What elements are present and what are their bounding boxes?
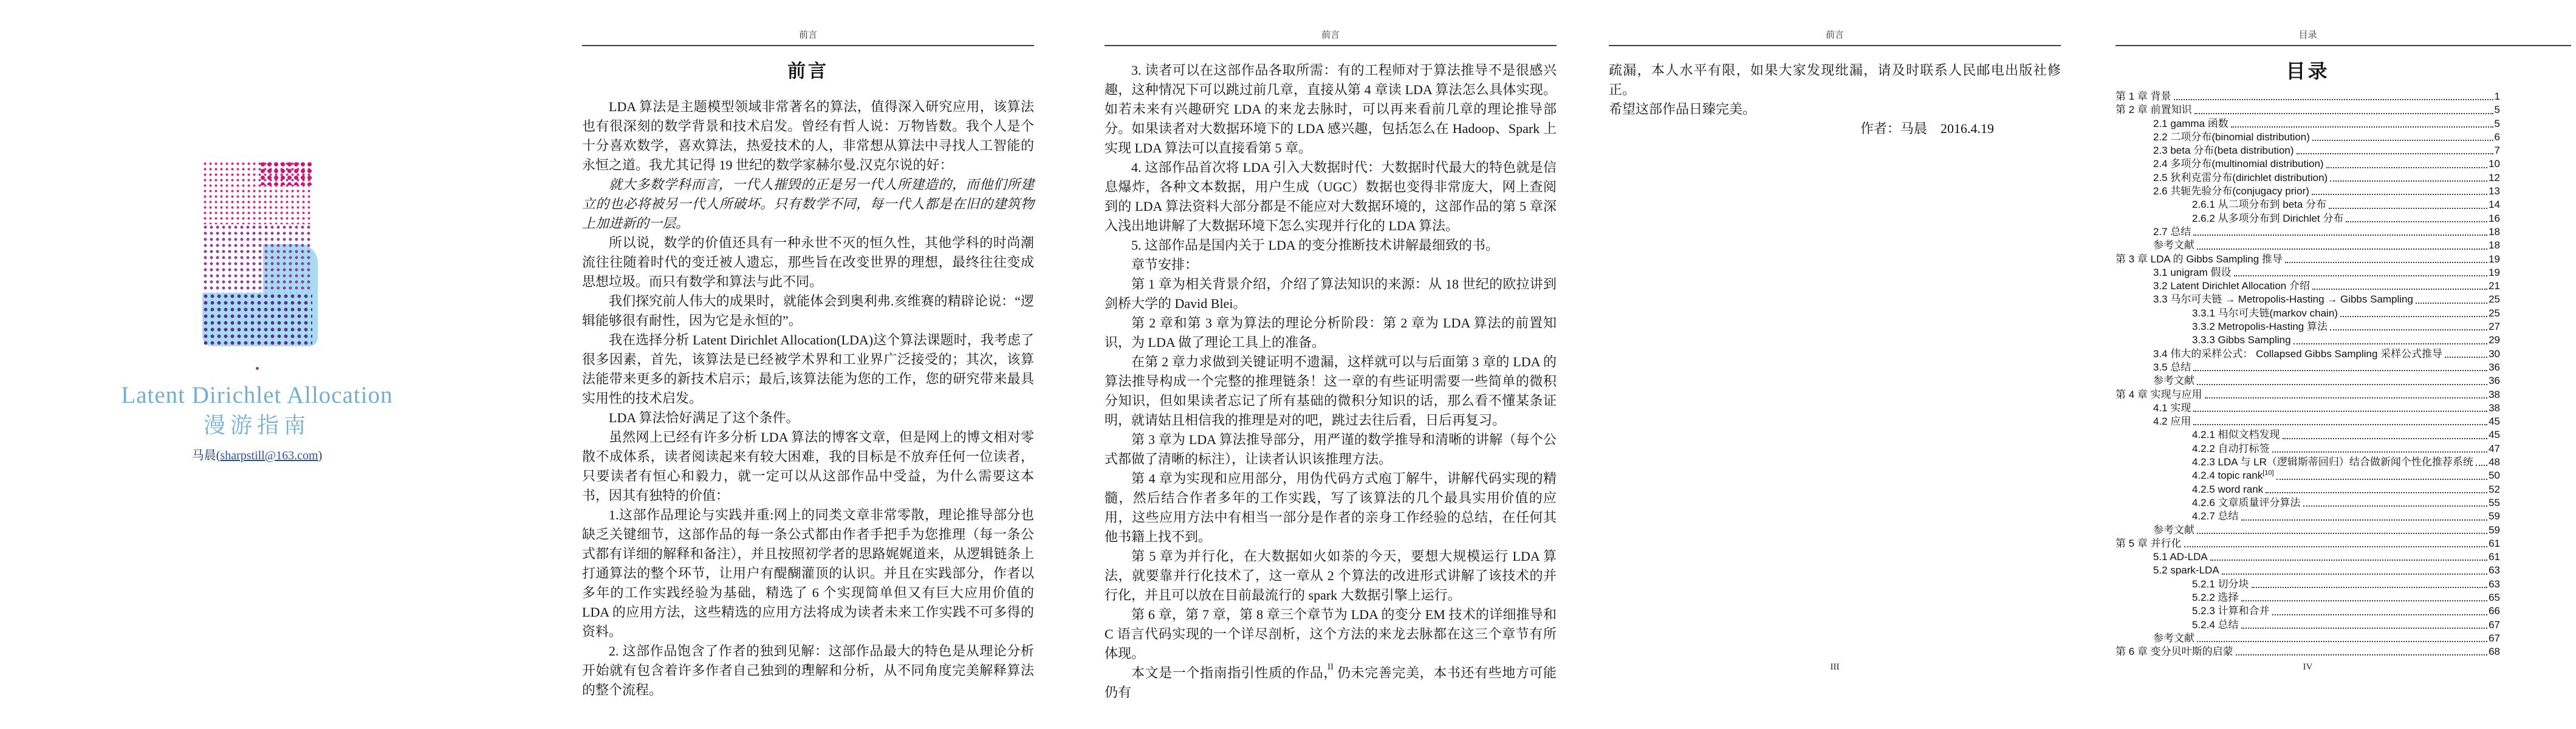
page-number: II: [1105, 662, 1557, 673]
preface-page-1: 前言 前言 LDA 算法是主题模型领域非常著名的算法，值得深入研究应用，该算法也…: [582, 0, 1034, 729]
toc-entry-label: 3.2 Latent Dirichlet Allocation 介绍: [2153, 279, 2310, 293]
toc-entry-label: 第 1 章 背景: [2115, 90, 2171, 103]
toc-entry[interactable]: 4.1 实现38: [2115, 402, 2500, 415]
toc-dot-leader: [2193, 411, 2487, 412]
toc-entry[interactable]: 5.2.2 选择65: [2115, 591, 2500, 604]
toc-entry-label: 参考文献: [2153, 239, 2194, 252]
toc-dot-leader: [2329, 208, 2487, 209]
toc-dot-leader: [2193, 370, 2487, 371]
paragraph: 就大多数学科而言，一代人摧毁的正是另一代人所建造的，而他们所建立的也必将被另一代…: [582, 175, 1034, 233]
toc-dot-leader: [2272, 451, 2488, 453]
toc-entry[interactable]: 第 2 章 前置知识5: [2115, 103, 2500, 117]
toc-entry-label: 4.2.2 自动打标签: [2192, 442, 2270, 456]
toc-entry-label: 3.3 马尔可夫链 → Metropolis-Hasting → Gibbs S…: [2153, 293, 2413, 306]
toc-entry-page: 50: [2489, 469, 2500, 482]
toc-entry[interactable]: 3.3.1 马尔可夫链(markov chain)25: [2115, 307, 2500, 320]
toc-entry-label: 2.5 狄利克雷分布(dirichlet distribution): [2153, 171, 2328, 185]
toc-dot-leader: [2476, 465, 2487, 466]
toc-dot-leader: [2330, 329, 2487, 330]
toc-dot-leader: [2445, 357, 2487, 358]
paragraph: 疏漏，本人水平有限，如果大家发现纰漏，请及时联系人民邮电出版社修正。: [1609, 61, 2061, 100]
page-body: 3. 读者可以在这部作品各取所需：有的工程师对于算法推导不是很感兴趣，这种情况下…: [1105, 61, 1557, 702]
toc-entry-page: 61: [2489, 550, 2500, 564]
toc-entry-page: 38: [2489, 402, 2500, 415]
toc-entry-page: 27: [2489, 320, 2500, 334]
toc-entry[interactable]: 3.3.3 Gibbs Sampling29: [2115, 334, 2500, 347]
toc-entry[interactable]: 第 4 章 实现与应用38: [2115, 388, 2500, 402]
toc-entry[interactable]: 2.6.1 从二项分布到 beta 分布14: [2115, 198, 2500, 211]
toc-entry-label: 4.2.5 word rank: [2192, 483, 2263, 496]
paragraph: 1.这部作品理论与实践并重:网上的同类文章非常零散，理论推导部分也缺乏关键细节，…: [582, 505, 1034, 642]
toc-entry-label: 2.4 多项分布(multinomial distribution): [2153, 157, 2324, 171]
toc-dot-leader: [2197, 384, 2487, 385]
toc-entry[interactable]: 第 5 章 并行化61: [2115, 537, 2500, 550]
toc-column: 目录 第 1 章 背景1第 2 章 前置知识52.1 gamma 函数52.2 …: [2115, 56, 2500, 659]
toc-dot-leader: [2193, 424, 2487, 425]
logo-halftone-dense: [259, 161, 312, 185]
preface-title: 前言: [582, 56, 1034, 83]
toc-entry[interactable]: 2.1 gamma 函数5: [2115, 117, 2500, 131]
paragraph: LDA 算法恰好满足了这个条件。: [582, 408, 1034, 428]
page-number: IV: [2115, 662, 2500, 673]
running-head: 前言: [1105, 29, 1557, 41]
toc-entry[interactable]: 4.2 应用45: [2115, 415, 2500, 428]
toc-entry-page: 67: [2489, 632, 2500, 645]
toc-entry-label: 2.6.1 从二项分布到 beta 分布: [2192, 198, 2326, 211]
toc-entry-page: 25: [2489, 293, 2500, 306]
toc-dot-leader: [2197, 248, 2487, 250]
paragraph: 第 5 章为并行化，在大数据如火如荼的今天，要想大规模运行 LDA 算法，就要靠…: [1105, 547, 1557, 605]
toc-entry-page: 13: [2489, 185, 2500, 198]
toc-entry[interactable]: 3.3.2 Metropolis-Hasting 算法27: [2115, 320, 2500, 334]
paragraph: 第 4 章为实现和应用部分，用伪代码方式庖丁解牛，讲解代码实现的精髓，然后结合作…: [1105, 469, 1557, 547]
toc-entry-label: 参考文献: [2153, 374, 2194, 388]
toc-entry[interactable]: 第 6 章 变分贝叶斯的启蒙68: [2115, 645, 2500, 659]
toc-entry-page: 6: [2495, 131, 2500, 144]
toc-dot-leader: [2236, 654, 2487, 655]
toc-dot-leader: [2241, 600, 2488, 601]
toc-entry-label: 5.2.3 计算和合并: [2192, 604, 2270, 618]
toc-entry-page: 7: [2495, 144, 2500, 157]
toc-entry[interactable]: 参考文献18: [2115, 239, 2500, 252]
toc-dot-leader: [2276, 479, 2487, 480]
toc-entry-label: 4.2.1 相似文档发现: [2192, 428, 2280, 442]
toc-entry-label: 第 3 章 LDA 的 Gibbs Sampling 推导: [2115, 253, 2283, 266]
toc-entry-label: 5.2 spark-LDA: [2153, 564, 2219, 577]
toc-entry-label: 4.2.6 文章质量评分算法: [2192, 496, 2301, 510]
toc-dot-leader: [2184, 546, 2487, 547]
toc-dot-leader: [2272, 614, 2488, 615]
toc-entry-label: 3.5 总结: [2153, 361, 2191, 374]
toc-entry-page: 29: [2489, 334, 2500, 347]
toc-entry[interactable]: 5.1 AD-LDA61: [2115, 550, 2500, 564]
toc-dot-leader: [2285, 262, 2487, 263]
toc-page: 目录 目录 第 1 章 背景1第 2 章 前置知识52.1 gamma 函数52…: [2115, 0, 2576, 729]
toc-entry[interactable]: 5.2.1 切分块63: [2115, 578, 2500, 591]
cover-title-en: Latent Dirichlet Allocation: [0, 382, 514, 409]
paragraph: 4. 这部作品首次将 LDA 引入大数据时代：大数据时代最大的特色就是信息爆炸，…: [1105, 158, 1557, 236]
page-number: III: [1609, 662, 2061, 673]
toc-entry-page: 38: [2489, 388, 2500, 402]
paragraph: 在第 2 章力求做到关键证明不遗漏，这样就可以与后面第 3 章的 LDA 的算法…: [1105, 352, 1557, 430]
toc-dot-leader: [2241, 628, 2488, 629]
toc-entry-page: 61: [2489, 537, 2500, 550]
toc-dot-leader: [2210, 560, 2487, 561]
toc-dot-leader: [2234, 275, 2488, 276]
toc-dot-leader: [2205, 397, 2487, 399]
toc-dot-leader: [2222, 573, 2487, 575]
page-body: 疏漏，本人水平有限，如果大家发现纰漏，请及时联系人民邮电出版社修正。希望这部作品…: [1609, 61, 2061, 139]
toc-entry-page: 59: [2489, 524, 2500, 537]
toc-dot-leader: [2293, 343, 2488, 344]
toc-entry-page: 1: [2495, 90, 2500, 103]
paragraph: 作者：马晨 2016.4.19: [1609, 119, 2061, 139]
toc-dot-leader: [2241, 519, 2488, 521]
paragraph: LDA 算法是主题模型领域非常著名的算法，值得深入研究应用，该算法也有很深刻的数…: [582, 97, 1034, 175]
toc-dot-leader: [2330, 180, 2487, 182]
toc-entry-page: 66: [2489, 604, 2500, 618]
toc-entry-label: 2.6.2 从多项分布到 Dirichlet 分布: [2192, 212, 2343, 225]
paragraph: 章节安排：: [1105, 255, 1557, 275]
toc-entry-page: 19: [2489, 253, 2500, 266]
toc-entry-label: 2.2 二项分布(binomial distribution): [2153, 131, 2310, 144]
toc-entry[interactable]: 4.2.7 总结59: [2115, 510, 2500, 523]
toc-entry-page: 14: [2489, 198, 2500, 211]
toc-entry-label: 第 2 章 前置知识: [2115, 103, 2192, 117]
author-email-link[interactable]: sharpstill@163.com: [220, 449, 318, 462]
toc-entry[interactable]: 5.2.4 总结67: [2115, 618, 2500, 632]
toc-entry[interactable]: 3.3 马尔可夫链 → Metropolis-Hasting → Gibbs S…: [2115, 293, 2500, 306]
toc-entry-label: 2.3 beta 分布(beta distribution): [2153, 144, 2294, 157]
toc-dot-leader: [2346, 221, 2487, 222]
toc-column: 目录: [2115, 29, 2500, 41]
cover-page: Latent Dirichlet Allocation 漫游指南 马晨(shar…: [0, 0, 541, 729]
toc-entry[interactable]: 2.4 多项分布(multinomial distribution)10: [2115, 157, 2500, 171]
paragraph: 我们探究前人伟大的成果时，就能体会到奥利弗.亥维赛的精辟论说：“逻辑能够很有耐性…: [582, 292, 1034, 330]
toc-entry[interactable]: 参考文献67: [2115, 632, 2500, 645]
toc-entry[interactable]: 参考文献59: [2115, 524, 2500, 537]
toc-entry-page: 48: [2489, 456, 2500, 469]
toc-entry[interactable]: 5.2 spark-LDA63: [2115, 564, 2500, 577]
toc-entry-page: 36: [2489, 374, 2500, 388]
paragraph: 所以说，数学的价值还具有一种永世不灭的恒久性，其他学科的时尚潮流往往随着时代的变…: [582, 233, 1034, 292]
toc-dot-leader: [2193, 234, 2487, 236]
toc-entry-page: 36: [2489, 361, 2500, 374]
toc-entry-label: 3.3.3 Gibbs Sampling: [2192, 334, 2291, 347]
running-head: 前言: [1609, 29, 2061, 41]
toc-entry-page: 16: [2489, 212, 2500, 225]
paragraph: 第 6 章，第 7 章，第 8 章三个章节为 LDA 的变分 EM 技术的详细推…: [1105, 605, 1557, 663]
toc-entry[interactable]: 3.5 总结36: [2115, 361, 2500, 374]
document-canvas: Latent Dirichlet Allocation 漫游指南 马晨(shar…: [0, 0, 2576, 729]
toc-entry-page: 30: [2489, 347, 2500, 361]
toc-dot-leader: [2231, 126, 2493, 128]
toc-entry[interactable]: 4.2.4 topic rank[10]50: [2115, 469, 2500, 482]
paragraph: 5. 这部作品是国内关于 LDA 的变分推断技术讲解最细致的书。: [1105, 236, 1557, 255]
logo-halftone-dark: [202, 293, 312, 346]
toc-dot-leader: [2303, 505, 2488, 507]
toc-entry-page: 55: [2489, 496, 2500, 510]
toc-dot-leader: [2252, 587, 2488, 588]
toc-entry-label: 2.6 共轭先验分布(conjugacy prior): [2153, 185, 2309, 198]
toc-entry-page: 67: [2489, 618, 2500, 632]
toc-entry-label: 第 5 章 并行化: [2115, 537, 2182, 550]
toc-entry[interactable]: 4.2.1 相似文档发现45: [2115, 428, 2500, 442]
toc-entry-page: 65: [2489, 591, 2500, 604]
toc-entry-page: 25: [2489, 307, 2500, 320]
toc-entry-label: 2.1 gamma 函数: [2153, 117, 2228, 131]
toc-dot-leader: [2312, 194, 2487, 195]
toc-entry-page: 5: [2495, 117, 2500, 131]
toc-entry-page: 68: [2489, 645, 2500, 659]
toc-entry[interactable]: 第 1 章 背景1: [2115, 90, 2500, 103]
toc-entry[interactable]: 2.3 beta 分布(beta distribution)7: [2115, 144, 2500, 157]
toc-entry[interactable]: 3.2 Latent Dirichlet Allocation 介绍21: [2115, 279, 2500, 293]
header-rule: [1105, 45, 1557, 46]
toc-entry-label: 3.3.1 马尔可夫链(markov chain): [2192, 307, 2338, 320]
toc-entry-page: 52: [2489, 483, 2500, 496]
page-number: I: [582, 662, 1034, 673]
cover-author-line: 马晨(sharpstill@163.com): [0, 445, 514, 463]
toc-entry-label: 第 6 章 变分贝叶斯的启蒙: [2115, 645, 2233, 659]
toc-entry-label: 4.2 应用: [2153, 415, 2191, 428]
toc-dot-leader: [2174, 99, 2493, 100]
cover-title-cn: 漫游指南: [0, 408, 514, 439]
toc-entry[interactable]: 参考文献36: [2115, 374, 2500, 388]
toc-title: 目录: [2115, 56, 2500, 84]
toc-entry-label: 3.1 unigram 假设: [2153, 266, 2232, 279]
running-head: 目录: [2115, 29, 2500, 41]
paragraph: 第 1 章为相关背景介绍，介绍了算法知识的来源：从 18 世纪的欧拉讲到剑桥大学…: [1105, 275, 1557, 313]
toc-entry-label: 5.2.2 选择: [2192, 591, 2239, 604]
toc-entry-page: 63: [2489, 564, 2500, 577]
paragraph: 希望这部作品日臻完美。: [1609, 100, 2061, 119]
toc-entry[interactable]: 4.2.6 文章质量评分算法55: [2115, 496, 2500, 510]
book-logo: [202, 161, 312, 346]
toc-entry-label: 第 4 章 实现与应用: [2115, 388, 2202, 402]
toc-dot-leader: [2340, 316, 2487, 317]
toc-dot-leader: [2266, 492, 2487, 493]
toc-entry-label: 参考文献: [2153, 632, 2194, 645]
toc-entry-label: 4.2.7 总结: [2192, 510, 2239, 523]
toc-dot-leader: [2194, 113, 2493, 114]
toc-entry-page: 45: [2489, 415, 2500, 428]
toc-dot-leader: [2326, 167, 2487, 168]
toc-entry-page: 63: [2489, 578, 2500, 591]
toc-dot-leader: [2312, 140, 2493, 141]
toc-entry[interactable]: 2.6.2 从多项分布到 Dirichlet 分布16: [2115, 212, 2500, 225]
toc-entry-label: 3.3.2 Metropolis-Hasting 算法: [2192, 320, 2328, 334]
toc-entry-label: 4.2.3 LDA 与 LR（逻辑斯蒂回归）结合做新闻个性化推荐系统: [2192, 456, 2473, 469]
logo-halftone-purple: [202, 224, 312, 293]
page-body: LDA 算法是主题模型领域非常著名的算法，值得深入研究应用，该算法也有很深刻的数…: [582, 97, 1034, 700]
toc-dot-leader: [2197, 533, 2487, 534]
toc-entry[interactable]: 4.2.2 自动打标签47: [2115, 442, 2500, 456]
header-rule: [2115, 45, 2571, 46]
toc-entry-label: 4.1 实现: [2153, 402, 2191, 415]
header-rule: [582, 45, 1034, 46]
author-close-paren: ): [318, 449, 323, 462]
toc-entry-label: 2.7 总结: [2153, 225, 2191, 239]
toc-entry-label: 3.4 伟大的采样公式： Collapsed Gibbs Sampling 采样…: [2153, 347, 2442, 361]
paragraph: 我在选择分析 Latent Dirichlet Allocation(LDA)这…: [582, 330, 1034, 408]
toc-entry[interactable]: 5.2.3 计算和合并66: [2115, 604, 2500, 618]
toc-entry-label: 5.1 AD-LDA: [2153, 550, 2208, 564]
toc-dot-leader: [2416, 303, 2487, 304]
toc-entry-page: 18: [2489, 225, 2500, 239]
toc-entry[interactable]: 2.7 总结18: [2115, 225, 2500, 239]
toc-entry-page: 18: [2489, 239, 2500, 252]
toc-entry-page: 12: [2489, 171, 2500, 185]
toc-entry-label: 4.2.4 topic rank[10]: [2192, 469, 2274, 482]
toc-entry[interactable]: 4.2.3 LDA 与 LR（逻辑斯蒂回归）结合做新闻个性化推荐系统48: [2115, 456, 2500, 469]
toc-entry-label: 参考文献: [2153, 524, 2194, 537]
running-head: 前言: [582, 29, 1034, 41]
toc-dot-leader: [2312, 289, 2487, 290]
header-rule: [1609, 45, 2061, 46]
toc-entry-label: 5.2.4 总结: [2192, 618, 2239, 632]
toc-entry[interactable]: 3.4 伟大的采样公式： Collapsed Gibbs Sampling 采样…: [2115, 347, 2500, 361]
toc-entry[interactable]: 3.1 unigram 假设19: [2115, 266, 2500, 279]
toc-dot-leader: [2297, 153, 2493, 154]
toc-entry-page: 5: [2495, 103, 2500, 117]
toc-entry[interactable]: 4.2.5 word rank52: [2115, 483, 2500, 496]
preface-page-3: 前言 疏漏，本人水平有限，如果大家发现纰漏，请及时联系人民邮电出版社修正。希望这…: [1609, 0, 2061, 729]
toc-entry-label: 5.2.1 切分块: [2192, 578, 2249, 591]
author-name: 马晨(: [192, 449, 221, 462]
toc-entry-page: 47: [2489, 442, 2500, 456]
toc-entry-page: 45: [2489, 428, 2500, 442]
toc-list: 第 1 章 背景1第 2 章 前置知识52.1 gamma 函数52.2 二项分…: [2115, 90, 2500, 659]
toc-entry-page: 19: [2489, 266, 2500, 279]
paragraph: 3. 读者可以在这部作品各取所需：有的工程师对于算法推导不是很感兴趣，这种情况下…: [1105, 61, 1557, 158]
toc-entry-page: 59: [2489, 510, 2500, 523]
toc-entry-page: 21: [2489, 279, 2500, 293]
toc-entry[interactable]: 2.2 二项分布(binomial distribution)6: [2115, 131, 2500, 144]
toc-dot-leader: [2197, 641, 2487, 642]
toc-entry-page: 10: [2489, 157, 2500, 171]
logo-stray-dot: [256, 367, 259, 370]
paragraph: 虽然网上已经有许多分析 LDA 算法的博客文章，但是网上的博文相对零散不成体系，…: [582, 428, 1034, 505]
preface-page-2: 前言 3. 读者可以在这部作品各取所需：有的工程师对于算法推导不是很感兴趣，这种…: [1105, 0, 1557, 729]
toc-dot-leader: [2283, 438, 2488, 439]
toc-entry[interactable]: 2.5 狄利克雷分布(dirichlet distribution)12: [2115, 171, 2500, 185]
toc-entry[interactable]: 第 3 章 LDA 的 Gibbs Sampling 推导19: [2115, 253, 2500, 266]
paragraph: 第 2 章和第 3 章为算法的理论分析阶段：第 2 章为 LDA 算法的前置知识…: [1105, 313, 1557, 352]
paragraph: 第 3 章为 LDA 算法推导部分，用严谨的数学推导和清晰的讲解（每个公式都做了…: [1105, 430, 1557, 469]
toc-entry[interactable]: 2.6 共轭先验分布(conjugacy prior)13: [2115, 185, 2500, 198]
